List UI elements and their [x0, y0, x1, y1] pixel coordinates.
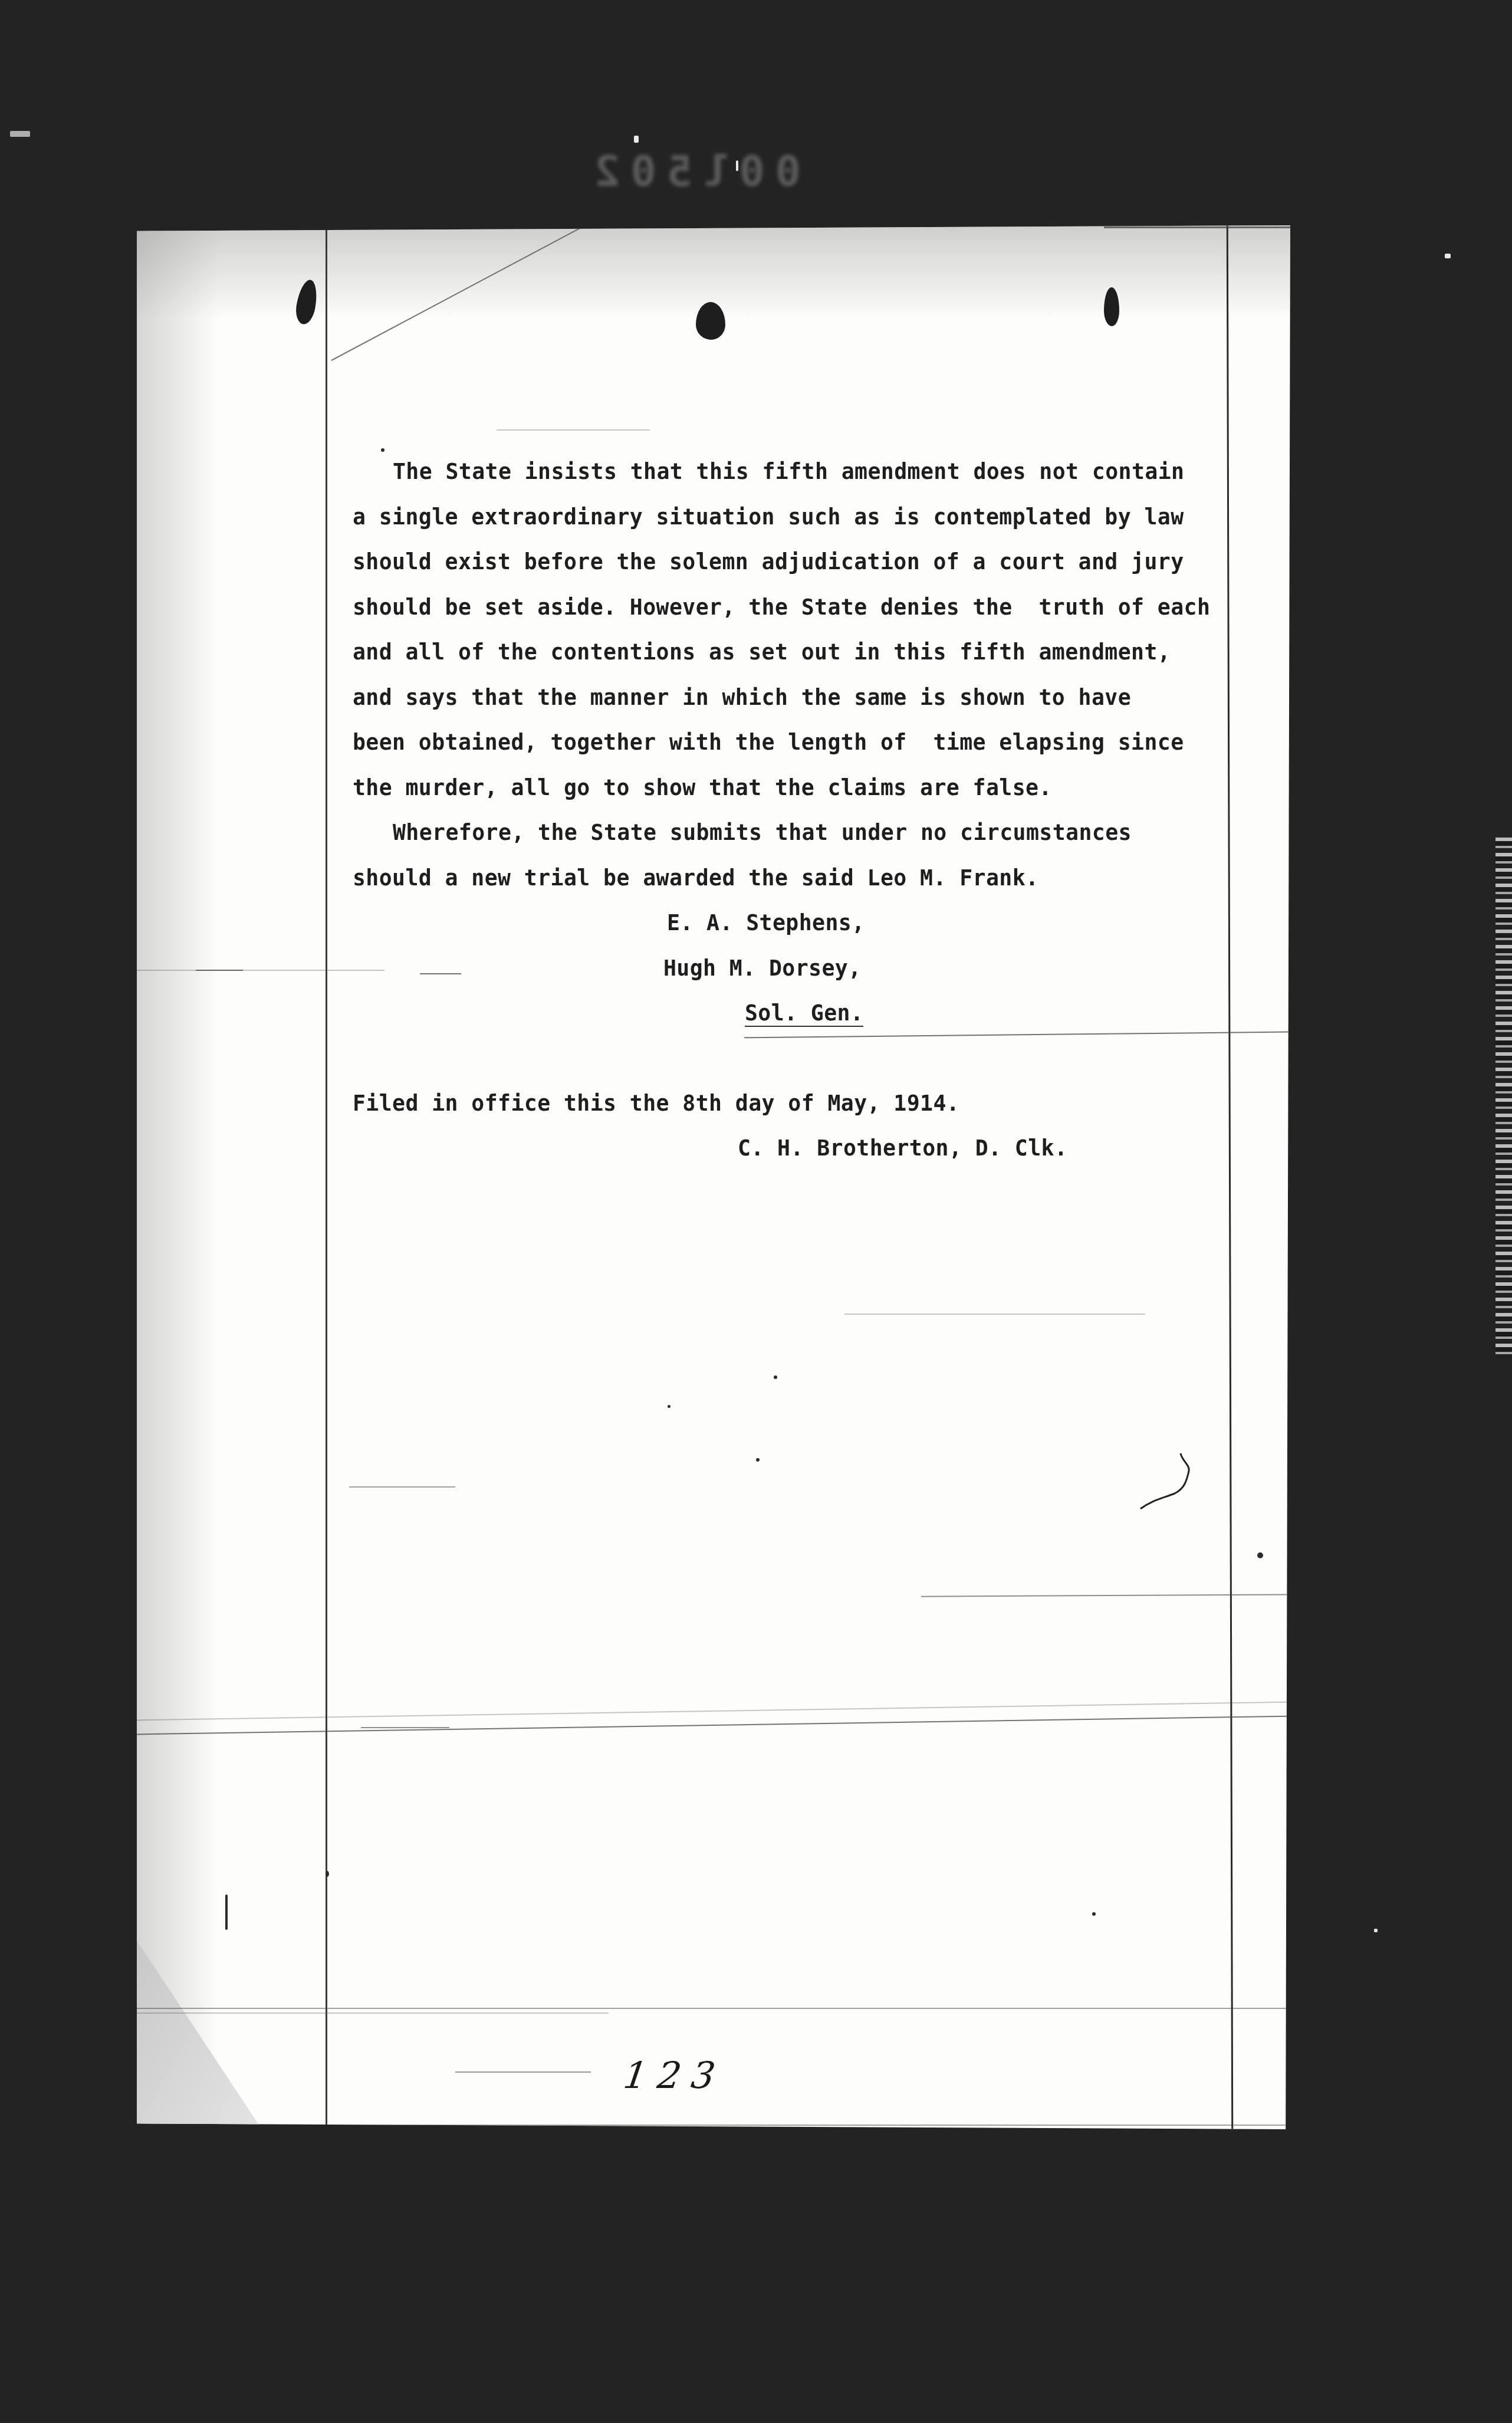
- pen-mark: [1139, 1452, 1192, 1511]
- rule-line: [137, 2125, 1290, 2126]
- page-shadow: [137, 225, 219, 2129]
- document-page: The State insists that this fifth amendm…: [137, 225, 1290, 2129]
- rule-line: [196, 970, 243, 971]
- document-body: The State insists that this fifth amendm…: [353, 449, 1237, 1171]
- rule-line: [349, 1486, 455, 1488]
- left-margin-rule: [326, 225, 327, 2129]
- paragraph-1: The State insists that this fifth amendm…: [353, 449, 1237, 810]
- text-line: The State insists that this fifth amendm…: [353, 449, 1237, 495]
- speck: [668, 1405, 670, 1408]
- signature-block: E. A. Stephens, Hugh M. Dorsey, Sol. Gen…: [353, 901, 1237, 1036]
- filing-block: Filed in office this the 8th day of May,…: [353, 1081, 1237, 1171]
- filing-statement: Filed in office this the 8th day of May,…: [353, 1081, 1237, 1127]
- speck: [225, 1895, 228, 1930]
- text-line: and says that the manner in which the sa…: [353, 675, 1237, 721]
- rule-line: [1104, 226, 1290, 228]
- speck: [1092, 1912, 1096, 1916]
- film-speck: [736, 160, 738, 171]
- frame-number: 00l502: [584, 146, 801, 196]
- film-speck: [634, 136, 639, 143]
- text-line: and all of the contentions as set out in…: [353, 630, 1237, 675]
- text-line: should exist before the solemn adjudicat…: [353, 540, 1237, 585]
- rule-line: [137, 2008, 1290, 2009]
- film-speck: [10, 131, 30, 137]
- clerk-signature: C. H. Brotherton, D. Clk.: [353, 1126, 1237, 1171]
- spacer: [353, 1036, 1237, 1081]
- speck: [326, 1871, 329, 1877]
- signer-title-text: Sol. Gen.: [745, 1000, 863, 1027]
- handwritten-page-number: 123: [621, 2054, 729, 2097]
- rule-line: [137, 2012, 609, 2014]
- rule-line: [361, 1727, 449, 1728]
- rule-line: [137, 1716, 1290, 1735]
- speck: [1257, 1552, 1263, 1558]
- paragraph-2: Wherefore, the State submits that under …: [353, 810, 1237, 901]
- text-line: Wherefore, the State submits that under …: [353, 810, 1237, 856]
- text-line: the murder, all go to show that the clai…: [353, 766, 1237, 811]
- signer-name: E. A. Stephens,: [353, 901, 1237, 946]
- text-line: a single extraordinary situation such as…: [353, 495, 1237, 540]
- signer-name: Hugh M. Dorsey,: [353, 946, 1237, 991]
- film-speck: [1445, 254, 1451, 258]
- text-line: should be set aside. However, the State …: [353, 585, 1237, 631]
- speck: [756, 1458, 760, 1462]
- text-line: should a new trial be awarded the said L…: [353, 856, 1237, 901]
- speck: [774, 1375, 777, 1379]
- film-edge-perforation: [1495, 838, 1512, 1357]
- signer-title: Sol. Gen.: [353, 991, 1237, 1036]
- rule-line: [844, 1314, 1145, 1315]
- rule-line: [497, 429, 650, 431]
- film-speck: [1374, 1929, 1378, 1932]
- rule-line: [137, 970, 384, 971]
- rule-line: [455, 2071, 591, 2073]
- text-line: been obtained, together with the length …: [353, 720, 1237, 766]
- rule-line: [921, 1594, 1290, 1597]
